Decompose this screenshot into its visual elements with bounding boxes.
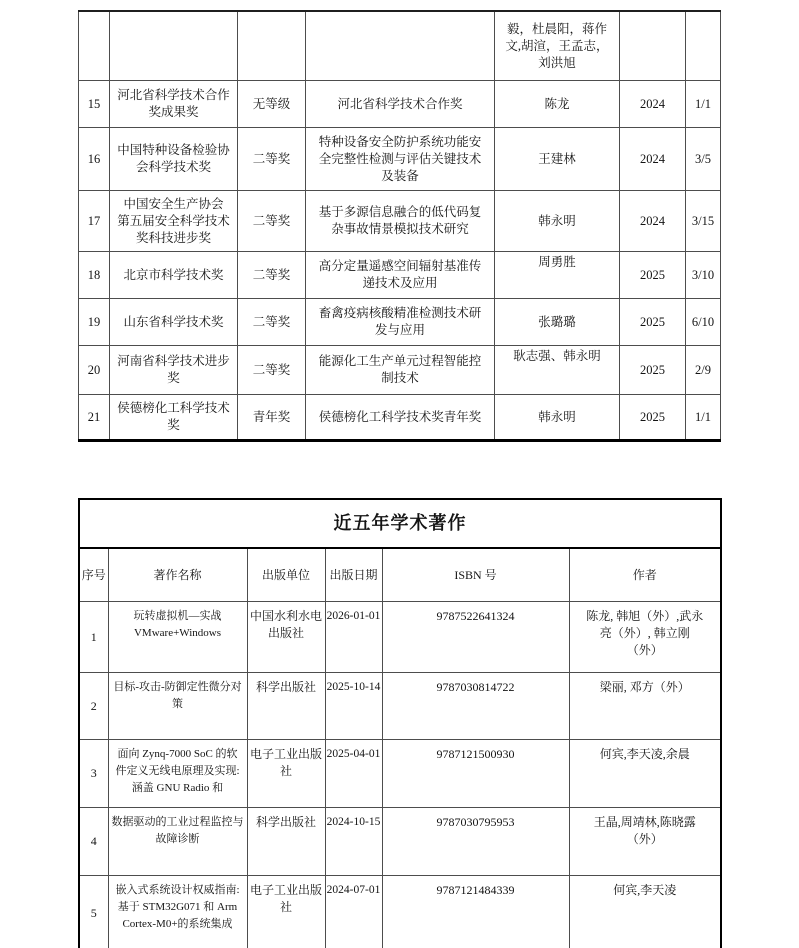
header-authors: 作者 [569,548,721,602]
cell-seq: 4 [79,808,108,876]
cell-grade: 二等奖 [238,252,306,299]
cell-grade: 二等奖 [238,128,306,191]
cell-project: 畜禽疫病核酸精准检测技术研 发与应用 [306,299,495,346]
cell-award-name: 河南省科学技术进步 奖 [110,346,238,395]
cell-seq: 19 [79,299,110,346]
cell-year: 2025 [620,299,686,346]
cell-rank: 3/10 [686,252,721,299]
awards-row: 18北京市科学技术奖二等奖高分定量遥感空间辐射基准传 递技术及应用周勇胜2025… [79,252,721,299]
cell-award-name [110,11,238,81]
cell-year [620,11,686,81]
awards-table: 毅，杜晨阳，蒋作 文,胡渲，王孟志， 刘洪旭15河北省科学技术合作 奖成果奖无等… [78,10,721,442]
cell-isbn: 9787030814722 [382,673,569,740]
cell-project: 侯德榜化工科学技术奖青年奖 [306,395,495,441]
header-publisher: 出版单位 [247,548,325,602]
cell-award-name: 中国安全生产协会 第五届安全科学技术 奖科技进步奖 [110,191,238,252]
cell-rank: 3/5 [686,128,721,191]
books-table-title: 近五年学术著作 [79,499,721,548]
header-book-title: 著作名称 [108,548,247,602]
cell-pub-date: 2025-10-14 [325,673,382,740]
awards-row: 19山东省科学技术奖二等奖畜禽疫病核酸精准检测技术研 发与应用张璐璐20256/… [79,299,721,346]
cell-isbn: 9787121484339 [382,876,569,948]
cell-rank [686,11,721,81]
cell-award-name: 山东省科学技术奖 [110,299,238,346]
books-row: 3面向 Zynq-7000 SoC 的软 件定义无线电原理及实现: 涵盖 GNU… [79,740,721,808]
cell-isbn: 9787522641324 [382,602,569,673]
awards-row: 20河南省科学技术进步 奖二等奖能源化工生产单元过程智能控 制技术耿志强、韩永明… [79,346,721,395]
cell-seq: 5 [79,876,108,948]
cell-year: 2024 [620,81,686,128]
cell-project: 基于多源信息融合的低代码复 杂事故情景模拟技术研究 [306,191,495,252]
cell-authors: 何宾,李天凌,余晨 [569,740,721,808]
cell-awardees: 周勇胜 [495,252,620,299]
cell-publisher: 科学出版社 [247,808,325,876]
cell-grade [238,11,306,81]
cell-project [306,11,495,81]
cell-grade: 二等奖 [238,299,306,346]
cell-rank: 3/15 [686,191,721,252]
cell-pub-date: 2025-04-01 [325,740,382,808]
cell-seq: 18 [79,252,110,299]
cell-rank: 1/1 [686,395,721,441]
cell-pub-date: 2024-10-15 [325,808,382,876]
cell-rank: 1/1 [686,81,721,128]
cell-seq: 15 [79,81,110,128]
header-seq: 序号 [79,548,108,602]
cell-year: 2025 [620,395,686,441]
cell-awardees: 张璐璐 [495,299,620,346]
awards-row: 16中国特种设备检验协 会科学技术奖二等奖特种设备安全防护系统功能安 全完整性检… [79,128,721,191]
awards-row: 15河北省科学技术合作 奖成果奖无等级河北省科学技术合作奖陈龙20241/1 [79,81,721,128]
cell-publisher: 电子工业出版 社 [247,740,325,808]
cell-pub-date: 2024-07-01 [325,876,382,948]
books-row: 2目标-攻击-防御定性微分对 策科学出版社2025-10-14978703081… [79,673,721,740]
cell-seq: 1 [79,602,108,673]
cell-seq: 21 [79,395,110,441]
cell-awardees: 韩永明 [495,191,620,252]
cell-grade: 二等奖 [238,346,306,395]
cell-awardees: 陈龙 [495,81,620,128]
awards-row: 17中国安全生产协会 第五届安全科学技术 奖科技进步奖二等奖基于多源信息融合的低… [79,191,721,252]
cell-project: 特种设备安全防护系统功能安 全完整性检测与评估关键技术 及装备 [306,128,495,191]
books-row: 1玩转虚拟机—实战 VMware+Windows中国水利水电 出版社2026-0… [79,602,721,673]
cell-authors: 陈龙, 韩旭（外）,武永 亮（外）, 韩立刚 （外） [569,602,721,673]
cell-awardees: 韩永明 [495,395,620,441]
books-row: 4数据驱动的工业过程监控与 故障诊断科学出版社2024-10-159787030… [79,808,721,876]
books-header-row: 序号 著作名称 出版单位 出版日期 ISBN 号 作者 [79,548,721,602]
cell-seq: 3 [79,740,108,808]
cell-awardees: 耿志强、韩永明 [495,346,620,395]
cell-authors: 何宾,李天凌 [569,876,721,948]
books-table: 近五年学术著作 序号 著作名称 出版单位 出版日期 ISBN 号 作者 1玩转虚… [78,498,722,948]
cell-year: 2024 [620,191,686,252]
cell-book-title: 数据驱动的工业过程监控与 故障诊断 [108,808,247,876]
cell-awardees: 毅，杜晨阳，蒋作 文,胡渲，王孟志， 刘洪旭 [495,11,620,81]
books-title-row: 近五年学术著作 [79,499,721,548]
cell-project: 能源化工生产单元过程智能控 制技术 [306,346,495,395]
header-pub-date: 出版日期 [325,548,382,602]
cell-grade: 二等奖 [238,191,306,252]
cell-isbn: 9787030795953 [382,808,569,876]
awards-row: 21侯德榜化工科学技术 奖青年奖侯德榜化工科学技术奖青年奖韩永明20251/1 [79,395,721,441]
cell-award-name: 中国特种设备检验协 会科学技术奖 [110,128,238,191]
cell-seq: 2 [79,673,108,740]
cell-book-title: 目标-攻击-防御定性微分对 策 [108,673,247,740]
cell-book-title: 玩转虚拟机—实战 VMware+Windows [108,602,247,673]
cell-year: 2024 [620,128,686,191]
cell-publisher: 电子工业出版 社 [247,876,325,948]
awards-row-partial: 毅，杜晨阳，蒋作 文,胡渲，王孟志， 刘洪旭 [79,11,721,81]
cell-year: 2025 [620,252,686,299]
books-row: 5嵌入式系统设计权威指南: 基于 STM32G071 和 Arm Cortex-… [79,876,721,948]
cell-project: 河北省科学技术合作奖 [306,81,495,128]
cell-book-title: 面向 Zynq-7000 SoC 的软 件定义无线电原理及实现: 涵盖 GNU … [108,740,247,808]
cell-seq [79,11,110,81]
cell-award-name: 河北省科学技术合作 奖成果奖 [110,81,238,128]
cell-awardees: 王建林 [495,128,620,191]
cell-seq: 20 [79,346,110,395]
cell-award-name: 侯德榜化工科学技术 奖 [110,395,238,441]
cell-year: 2025 [620,346,686,395]
cell-rank: 2/9 [686,346,721,395]
cell-seq: 16 [79,128,110,191]
cell-award-name: 北京市科学技术奖 [110,252,238,299]
cell-grade: 青年奖 [238,395,306,441]
header-isbn: ISBN 号 [382,548,569,602]
cell-pub-date: 2026-01-01 [325,602,382,673]
cell-authors: 王晶,周靖林,陈晓露 （外） [569,808,721,876]
cell-rank: 6/10 [686,299,721,346]
cell-project: 高分定量遥感空间辐射基准传 递技术及应用 [306,252,495,299]
cell-grade: 无等级 [238,81,306,128]
cell-publisher: 科学出版社 [247,673,325,740]
cell-book-title: 嵌入式系统设计权威指南: 基于 STM32G071 和 Arm Cortex-M… [108,876,247,948]
cell-authors: 梁丽, 邓方（外） [569,673,721,740]
cell-publisher: 中国水利水电 出版社 [247,602,325,673]
cell-seq: 17 [79,191,110,252]
cell-isbn: 9787121500930 [382,740,569,808]
